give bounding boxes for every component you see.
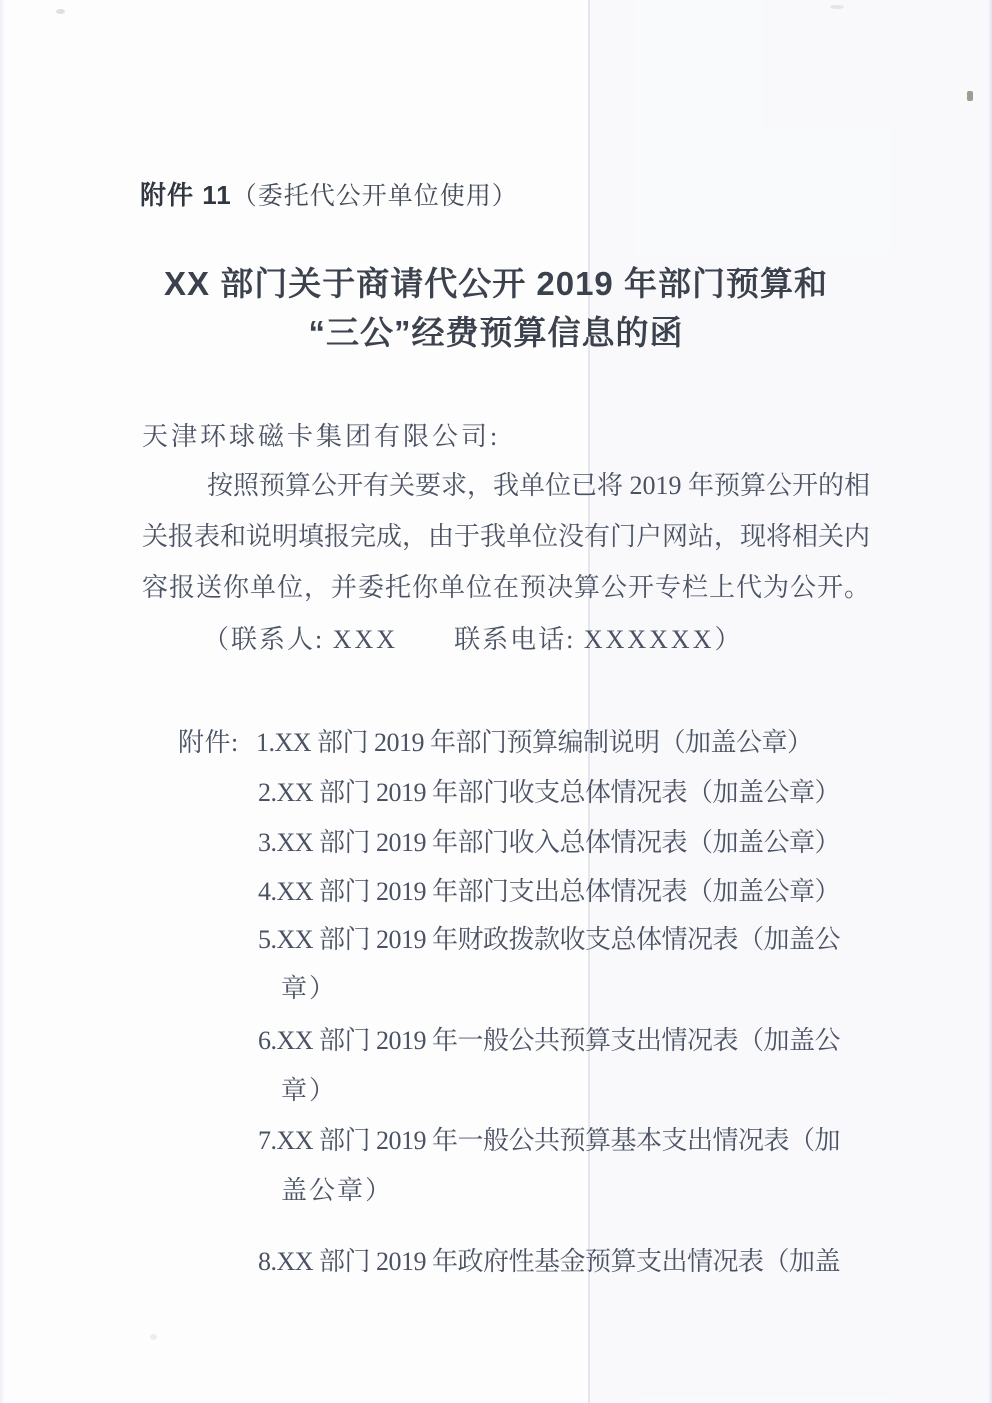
scan-speck [150, 1334, 157, 1340]
scan-fold-line [588, 0, 590, 1403]
scan-speck [830, 5, 844, 9]
contact-person-value: XXX [333, 625, 398, 654]
attachment-item-1: 1.XX 部门 2019 年部门预算编制说明（加盖公章） [256, 730, 813, 756]
scan-speck [56, 9, 65, 14]
scan-shade-region [590, 0, 992, 1403]
annotation-number: 附件 11 [140, 180, 232, 210]
attachments-label: 附件: [178, 730, 239, 756]
salutation: 天津环球磁卡集团有限公司: [142, 424, 500, 450]
scan-edge-left [0, 0, 5, 1403]
attachment-item-5: 5.XX 部门 2019 年财政拨款收支总体情况表（加盖公 [258, 927, 840, 953]
document-title-line-1: XX 部门关于商请代公开 2019 年部门预算和 [0, 267, 992, 300]
attachment-item-2: 2.XX 部门 2019 年部门收支总体情况表（加盖公章） [258, 780, 840, 806]
contact-person-label: （联系人: [203, 625, 333, 654]
paragraph-line: 按照预算公开有关要求，我单位已将 2019 年预算公开的相 [207, 473, 870, 499]
attachment-item-3: 3.XX 部门 2019 年部门收入总体情况表（加盖公章） [258, 830, 840, 856]
contact-phone-value: XXXXXX [584, 625, 715, 654]
attachment-item-8: 8.XX 部门 2019 年政府性基金预算支出情况表（加盖 [258, 1249, 840, 1275]
attachment-item-7-continuation: 盖公章） [281, 1178, 393, 1204]
attachment-item-7: 7.XX 部门 2019 年一般公共预算基本支出情况表（加 [258, 1128, 840, 1154]
scanned-document-page: 附件 11（委托代公开单位使用） XX 部门关于商请代公开 2019 年部门预算… [0, 0, 992, 1403]
paragraph-line: 关报表和说明填报完成，由于我单位没有门户网站，现将相关内 [142, 524, 870, 550]
attachment-item-6: 6.XX 部门 2019 年一般公共预算支出情况表（加盖公 [258, 1028, 840, 1054]
scan-edge-right [988, 0, 992, 1403]
contact-phone-label: 联系电话: [454, 625, 584, 654]
attachment-annotation: 附件 11（委托代公开单位使用） [140, 182, 518, 209]
attachment-item-4: 4.XX 部门 2019 年部门支出总体情况表（加盖公章） [258, 879, 840, 905]
contact-close-paren: ） [714, 625, 742, 654]
annotation-note: （委托代公开单位使用） [232, 183, 518, 210]
attachment-item-6-continuation: 章） [281, 1078, 337, 1104]
paragraph-line: 容报送你单位，并委托你单位在预决算公开专栏上代为公开。 [142, 575, 871, 601]
document-title-line-2: “三公”经费预算信息的函 [0, 316, 992, 349]
scan-speck [967, 91, 973, 101]
contact-line: （联系人: XXX联系电话: XXXXXX） [203, 627, 743, 653]
attachment-item-5-continuation: 章） [281, 976, 337, 1002]
